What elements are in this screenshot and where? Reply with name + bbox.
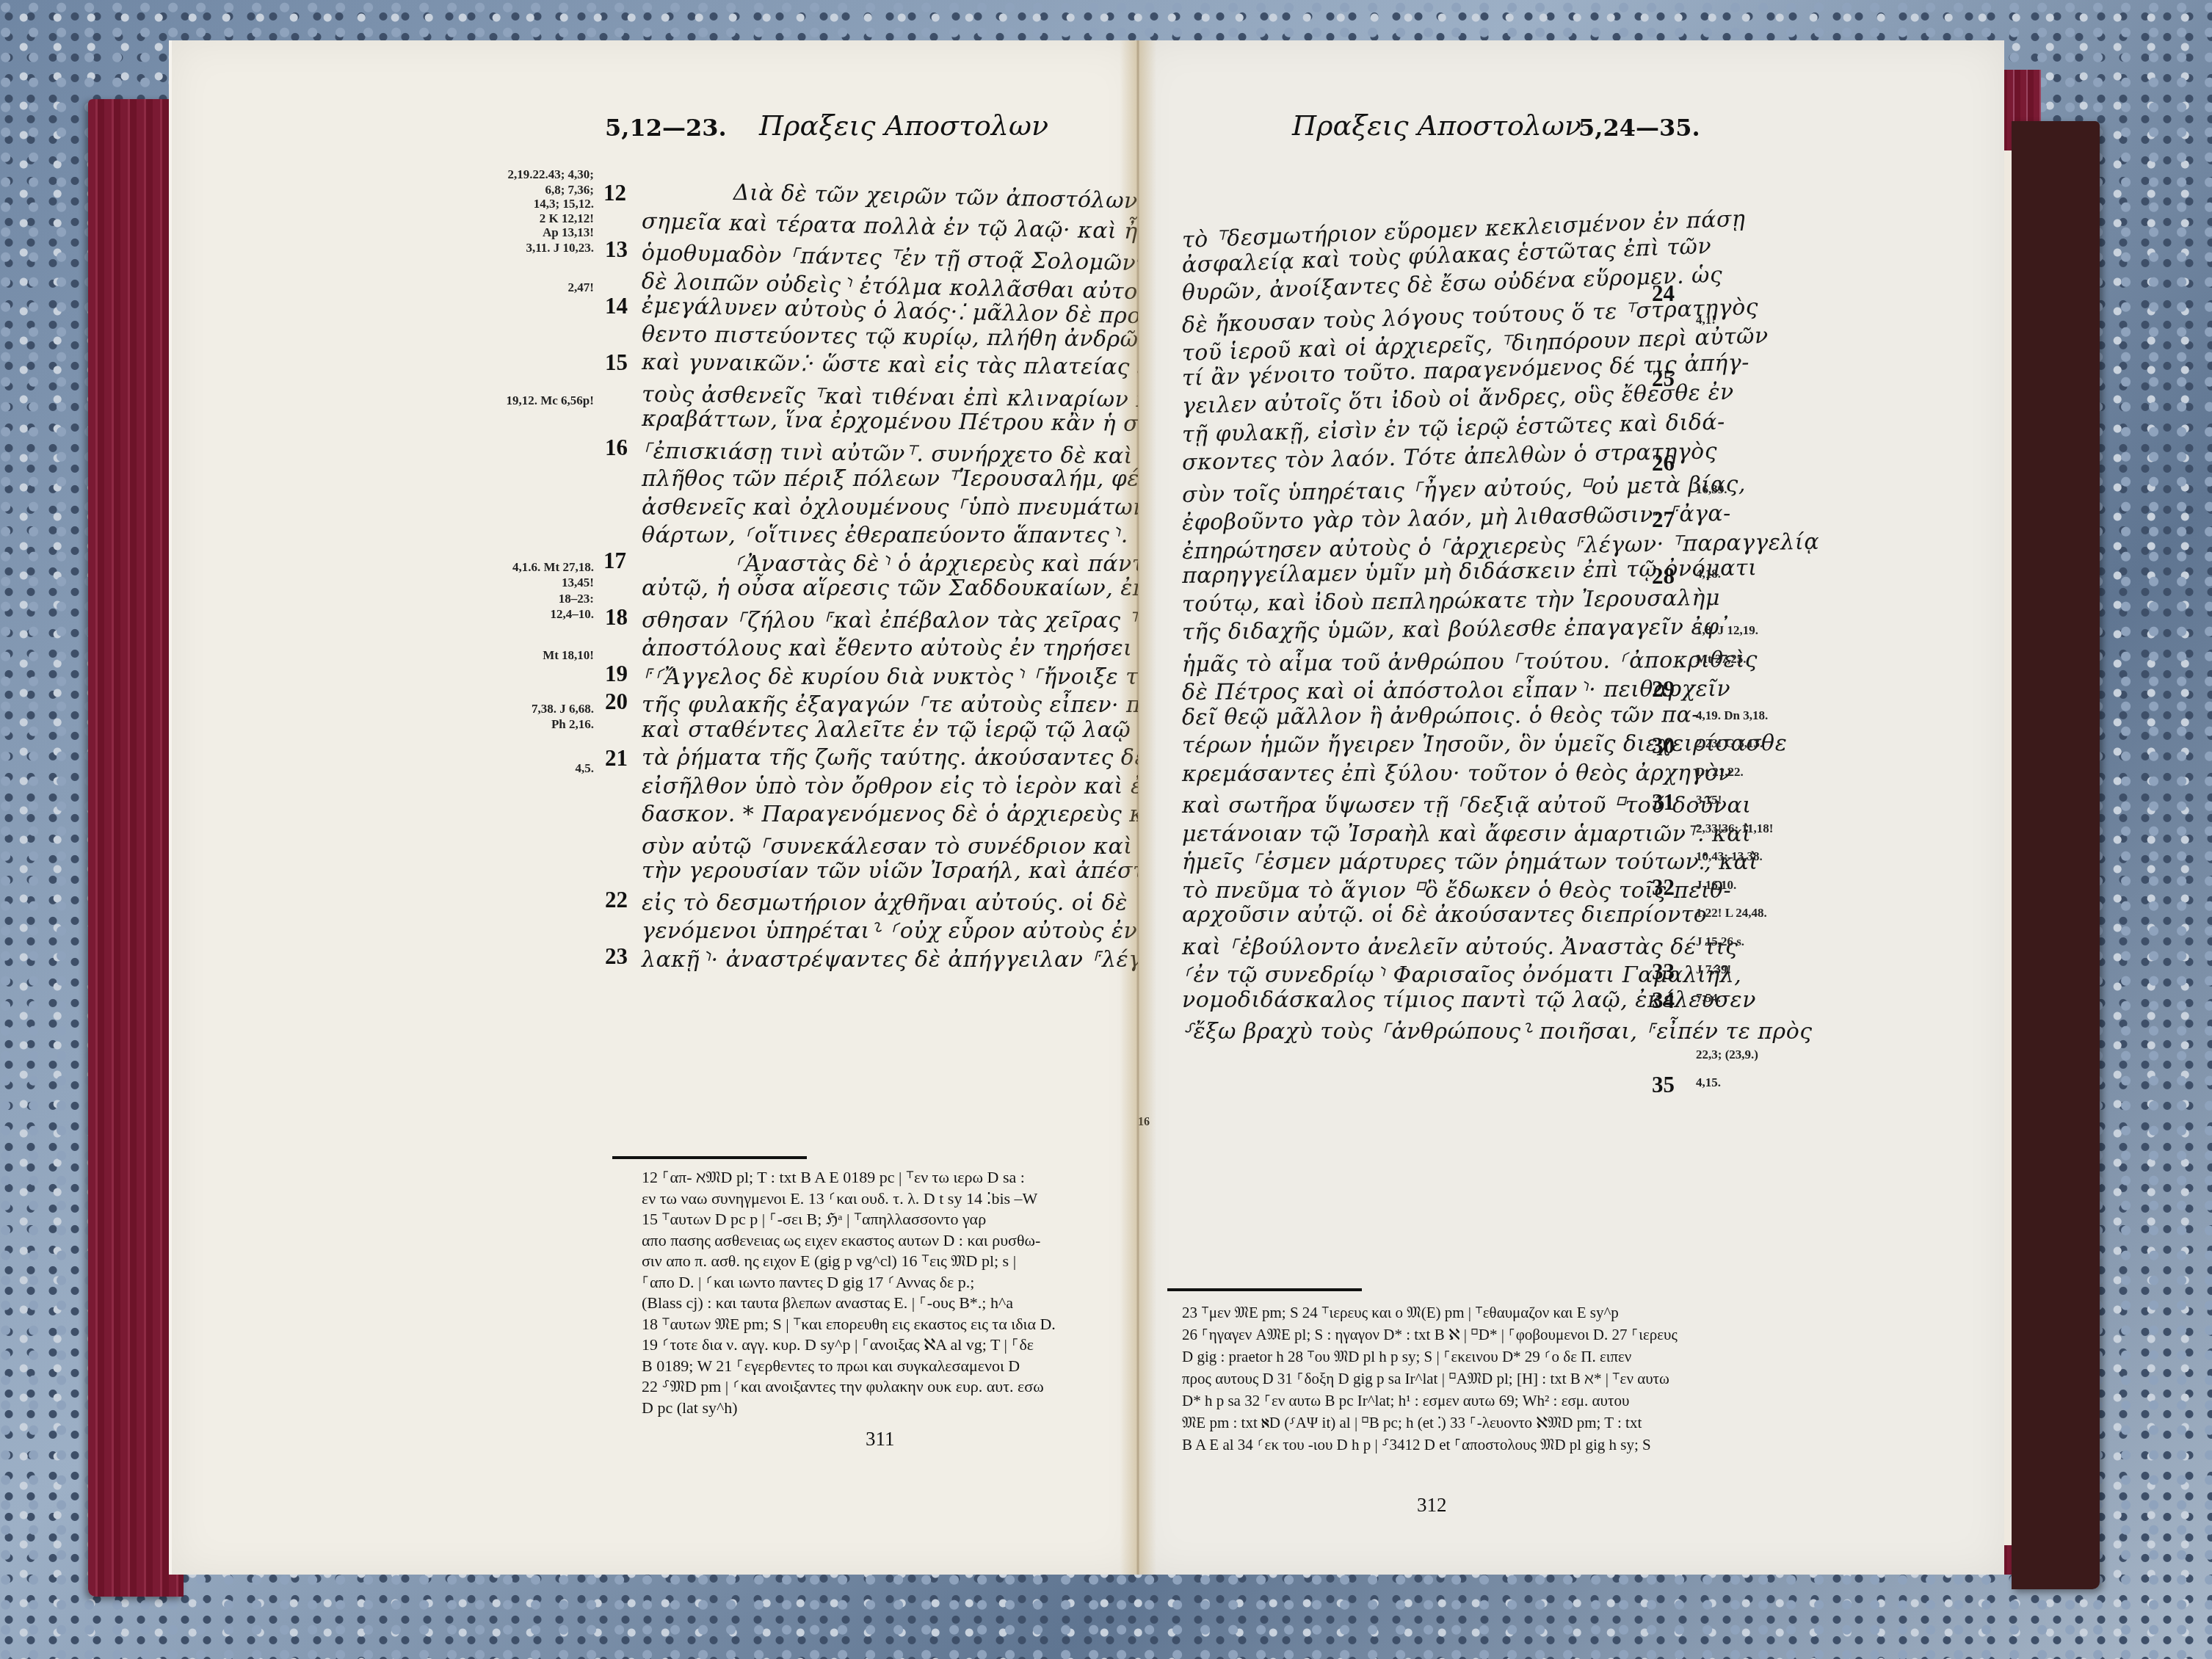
margin-reference: 2,33!36; 11,18! <box>1696 821 1773 836</box>
verse-number: 14 <box>605 293 628 319</box>
apparatus-line: D pc (lat sy^h) <box>642 1398 738 1417</box>
text-line: τὰ ῥήματα τῆς ζωῆς ταύτης. ἀκούσαντες δὲ <box>642 745 1147 771</box>
text-line: ⸉ἔξω βραχὺ τοὺς ⸀ἀνθρώπους⸊ ποιῆσαι, ⸁εἶ… <box>1182 1015 1813 1045</box>
margin-reference: 4,19. Dn 3,18. <box>1696 708 1768 723</box>
verse-number: 13 <box>605 236 628 263</box>
verse-number: 33 <box>1652 959 1675 985</box>
margin-reference: 19,12. Mc 6,56p! <box>507 393 594 408</box>
margin-reference: 18–23: <box>559 591 594 606</box>
apparatus-line: εν τω ναω συνηγμενοι E. 13 ⸂και ουδ. τ. … <box>642 1188 1037 1208</box>
margin-reference: 1,8. J 12,19. <box>1696 622 1758 638</box>
margin-reference: 10,43; 13,38. <box>1696 849 1763 864</box>
verse-number: 20 <box>605 689 628 715</box>
apparatus-line: 19 ⸂τοτε δια ν. αγγ. κυρ. D sy^p | ⸀ανοι… <box>642 1335 1034 1354</box>
margin-reference: 4,15. <box>1696 1075 1721 1090</box>
margin-reference: Mt 27,25. <box>1696 651 1746 667</box>
text-line: αρχοῦσιν αὐτῷ. οἱ δὲ ἀκούσαντες διεπρίον… <box>1182 902 1707 928</box>
left-header-title: Πραξεις Αποστολων <box>759 109 1048 142</box>
right-header-ref: 5,24—35. <box>1578 114 1700 142</box>
verse-number: 31 <box>1652 789 1675 816</box>
verse-number: 35 <box>1652 1072 1675 1098</box>
margin-reference: 4,1! <box>1696 312 1716 327</box>
text-line: εἰσῆλθον ὑπὸ τὸν ὄρθρον εἰς τὸ ἱερὸν καὶ… <box>642 774 1173 799</box>
text-line: κραβάττων, ἵνα ἐρχομένου Πέτρου κἂν ἡ σκ… <box>642 406 1178 438</box>
margin-reference: Mt 18,10! <box>543 647 594 663</box>
apparatus-line: 26 ⸀ηγαγεν A𝔐E pl; S : ηγαγον D* : txt B… <box>1182 1325 1678 1345</box>
apparatus-line: απο πασης ασθενειας ως ειχεν εκαστος αυτ… <box>642 1230 1040 1250</box>
verse-number: 22 <box>605 887 628 913</box>
apparatus-line: 12 ⸀απ- ℵ𝔐D pl; T : txt B A E 0189 pc | … <box>642 1167 1025 1187</box>
apparatus-line: 22 ⸉𝔐D pm | ⸂και ανοιξαντες την φυλακην … <box>642 1376 1044 1396</box>
verse-number: 32 <box>1652 874 1675 901</box>
text-line: καὶ ⸀ἐβούλοντο ἀνελεῖν αὐτούς. Ἀναστὰς δ… <box>1182 931 1738 961</box>
margin-reference: 2,19.22.43; 4,30; <box>507 167 594 182</box>
left-header-ref: 5,12—23. <box>605 114 727 142</box>
margin-reference: 4,1.6. Mt 27,18. <box>512 559 594 575</box>
margin-reference: 6,8; 7,36; <box>545 182 594 197</box>
text-line: δὲ Πέτρος καὶ οἱ ἀπόστολοι εἶπαν⸃· πειθα… <box>1182 672 1730 706</box>
verse-number: 19 <box>605 661 628 687</box>
text-line: δεῖ θεῷ μᾶλλον ἢ ἀνθρώποις. ὁ θεὸς τῶν π… <box>1182 702 1700 730</box>
text-line: ἡμεῖς ⸀ἐσμεν μάρτυρες τῶν ῥημάτων τούτων… <box>1182 846 1758 876</box>
text-line: μετάνοιαν τῷ Ἰσραὴλ καὶ ἄφεσιν ἁμαρτιῶν⸆… <box>1182 818 1751 848</box>
margin-reference: 12,4–10. <box>551 606 595 622</box>
apparatus-line: ⸀απο D. | ⸂και ιωντο παντες D gig 17 ⸂Αν… <box>642 1272 974 1292</box>
margin-reference: Dt 21,22. <box>1696 764 1744 780</box>
text-line: τούτῳ, καὶ ἰδοὺ πεπληρώκατε τὴν Ἰερουσαλ… <box>1182 585 1720 617</box>
verse-number: 34 <box>1652 987 1675 1014</box>
margin-reference: 14,3; 15,12. <box>534 196 594 211</box>
text-line: θάρτων, ⸂οἵτινες ἐθεραπεύοντο ἅπαντες⸃. <box>642 519 1128 549</box>
apparatus-line: προς αυτους D 31 ⸀δοξη D gig p sa Ir^lat… <box>1182 1369 1669 1389</box>
text-line: κρεμάσαντες ἐπὶ ξύλου· τοῦτον ὁ θεὸς ἀρχ… <box>1182 760 1732 786</box>
margin-reference: J 15,26 s. <box>1696 934 1744 949</box>
text-line: τῆς διδαχῆς ὑμῶν, καὶ βούλεσθε ἐπαγαγεῖν… <box>1182 614 1730 645</box>
verse-number: 16 <box>605 435 628 461</box>
margin-reference: 13,45! <box>562 575 594 590</box>
margin-reference: 7,38. J 6,68. <box>532 701 594 716</box>
verse-number: 28 <box>1652 563 1675 589</box>
apparatus-line: D gig : praetor h 28 ⸆ου 𝔐D pl h p sy; S… <box>1182 1347 1631 1367</box>
margin-reference: J 16,10. <box>1696 877 1736 893</box>
apparatus-line: 𝔐E pm : txt ℵD (⸉AΨ it) al | ⸋B pc; h (e… <box>1182 1413 1642 1433</box>
verse-number: 12 <box>603 180 626 206</box>
left-page: 5,12—23. Πραξεις Αποστολων 2,19.22.43; 4… <box>169 40 1141 1575</box>
verse-number: 25 <box>1652 366 1675 392</box>
right-page-number: 312 <box>1417 1494 1447 1517</box>
apparatus-line: (Blass cj) : και ταυτα βλεπων αναστας E.… <box>642 1293 1013 1313</box>
margin-reference: 3,11. J 10,23. <box>526 240 594 255</box>
margin-reference: 2,47! <box>568 280 594 295</box>
apparatus-line: 18 ⸆αυτων 𝔐E pm; S | ⸆και επορευθη εις ε… <box>642 1314 1056 1334</box>
margin-reference: 3,15! <box>1696 792 1722 807</box>
verse-number: 27 <box>1652 507 1675 533</box>
verse-number: 29 <box>1652 676 1675 703</box>
book-gutter <box>1120 40 1156 1575</box>
margin-reference: 2 K 12,12! <box>540 211 594 226</box>
text-line: δασκον. * Παραγενόμενος δὲ ὁ ἀρχιερεὺς κ… <box>642 802 1198 827</box>
margin-reference: 2,23! G 3,13. <box>1696 736 1763 751</box>
verse-number: 26 <box>1652 450 1675 476</box>
verse-number: 24 <box>1652 280 1675 307</box>
left-page-number: 311 <box>866 1428 895 1451</box>
margin-reference: 16,39. <box>1696 482 1727 497</box>
footnote-rule <box>1167 1288 1362 1291</box>
margin-reference: 1,22! L 24,48. <box>1696 905 1767 921</box>
margin-reference: 4,18. <box>1696 566 1721 581</box>
right-header-title: Πραξεις Αποστολων <box>1292 109 1581 142</box>
apparatus-line: σιν απο π. ασθ. ης ειχον E (gig p vg^cl)… <box>642 1251 1016 1271</box>
right-page: Πραξεις Αποστολων 5,24—35. τὸ ⸆δεσμωτήρι… <box>1138 40 2004 1575</box>
margin-reference: 4,5. <box>576 760 595 776</box>
apparatus-line: 23 ⸆μεν 𝔐E pm; S 24 ⸆ιερευς και ο 𝔐(E) p… <box>1182 1303 1619 1323</box>
book-cover-right <box>2012 121 2100 1589</box>
verse-number: 23 <box>605 943 628 970</box>
apparatus-line: D* h p sa 32 ⸀εν αυτω B pc Ir^lat; h¹ : … <box>1182 1391 1629 1411</box>
apparatus-line: B 0189; W 21 ⸀εγερθεντες το πρωι και συγ… <box>642 1356 1020 1376</box>
verse-number: 18 <box>605 604 628 631</box>
text-line: τὸ πνεῦμα τὸ ἅγιον ⸋ὃ ἔδωκεν ὁ θεὸς τοῖς… <box>1182 874 1731 904</box>
verse-number: 30 <box>1652 733 1675 759</box>
verse-number: 15 <box>605 349 628 376</box>
text-line: θεντο πιστεύοντες τῷ κυρίῳ, πλήθη ἀνδρῶν… <box>642 322 1184 353</box>
verse-number: 21 <box>605 745 628 772</box>
margin-reference: J 7,39! <box>1696 962 1731 977</box>
margin-reference: Ph 2,16. <box>551 716 594 732</box>
verse-number: 17 <box>603 548 626 574</box>
apparatus-line: B A E al 34 ⸂εκ του -ιου D h p | ⸉3412 D… <box>1182 1435 1651 1455</box>
footnote-rule <box>612 1156 807 1159</box>
margin-reference: Ap 13,13! <box>543 225 594 240</box>
margin-reference: 7,54. <box>1696 990 1721 1006</box>
margin-reference: 22,3; (23,9.) <box>1696 1047 1758 1062</box>
text-line: αὐτῷ, ἡ οὖσα αἵρεσις τῶν Σαδδουκαίων, ἐπ… <box>642 576 1183 601</box>
open-book: 5,12—23. Πραξεις Αποστολων 2,19.22.43; 4… <box>88 40 2100 1604</box>
apparatus-line: 15 ⸆αυτων D pc p | ⸀-σει B; ℌᵃ | ⸆απηλλα… <box>642 1209 986 1229</box>
